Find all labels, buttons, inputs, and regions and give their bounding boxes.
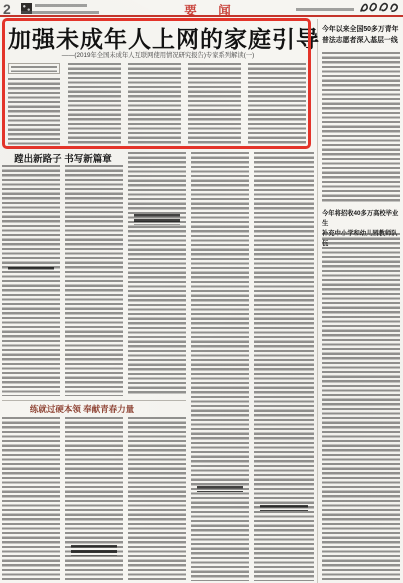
main-article-subtitle: ——(2019年全国未成年人互联网使用情况研究报告)专家系列解读(一) — [8, 50, 308, 59]
lead-column-5 — [248, 63, 306, 145]
embedded-subhead — [71, 545, 117, 556]
masthead-date-text — [21, 11, 99, 14]
sidebar-volunteers-headline: 今年以来全国50多万青年 普法志愿者深入基层一线 — [322, 24, 402, 46]
headline-line: 今年将招收40多万高校毕业生 — [322, 209, 403, 229]
body-column-1 — [2, 165, 60, 396]
edition-info-text — [296, 8, 354, 11]
lead-column-3 — [128, 63, 181, 145]
embedded-subhead — [8, 267, 54, 272]
masthead-calligraphy-icon — [358, 0, 400, 15]
newspaper-page: { "header": { "page_number": "2", "secti… — [0, 0, 403, 583]
body-column-3 — [128, 152, 186, 396]
bottom-column-1 — [2, 417, 60, 581]
bottom-column-3 — [128, 417, 186, 581]
headline-line: 今年以来全国50多万青年 — [322, 24, 402, 35]
body-column-4 — [191, 152, 249, 581]
bottom-column-2 — [65, 417, 123, 581]
body-column-5 — [254, 152, 314, 581]
series-article-headline: 蹚出新路子 书写新篇章 — [2, 151, 124, 165]
article-divider-rule — [2, 400, 186, 401]
embedded-subhead — [197, 486, 243, 492]
embedded-subhead — [134, 214, 180, 225]
embedded-subhead — [260, 505, 308, 511]
lead-column-1 — [8, 78, 60, 145]
body-column-2 — [65, 165, 123, 396]
byline-text — [11, 66, 57, 72]
lead-column-2 — [68, 63, 121, 145]
header-rule — [0, 15, 403, 17]
youth-team-article-headline: 练就过硬本领 奉献青春力量 — [2, 403, 162, 415]
byline-box — [8, 63, 60, 74]
sidebar-column-text — [322, 233, 400, 581]
masthead-small-text — [35, 4, 87, 7]
lead-column-4 — [188, 63, 241, 145]
headline-line: 普法志愿者深入基层一线 — [322, 35, 402, 46]
sidebar-divider — [317, 19, 318, 583]
sidebar-column-text — [322, 52, 400, 204]
